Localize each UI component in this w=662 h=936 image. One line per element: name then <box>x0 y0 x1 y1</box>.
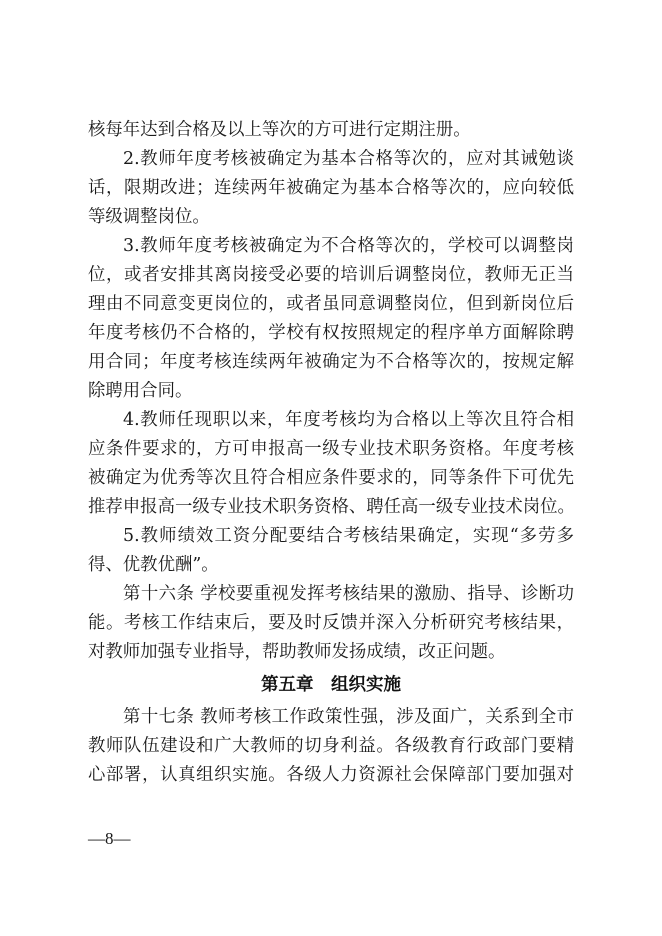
paragraph-line: 教师队伍建设和广大教师的切身利益。各级教育行政部门要精 <box>88 732 574 761</box>
paragraph-line: 应条件要求的，方可申报高一级专业技术职务资格。年度考核 <box>88 435 574 464</box>
paragraph-line: 话，限期改进；连续两年被确定为基本合格等次的，应向较低 <box>88 174 574 203</box>
paragraph-line: 第十六条 学校要重视发挥考核结果的激励、指导、诊断功 <box>88 580 574 609</box>
page-number: —8— <box>88 829 131 849</box>
chapter-heading: 第五章 组织实施 <box>88 667 574 703</box>
document-page-body: 核每年达到合格及以上等次的方可进行定期注册。 2.教师年度考核被确定为基本合格等… <box>88 116 574 790</box>
paragraph-line: 推荐申报高一级专业技术职务资格、聘任高一级专业技术岗位。 <box>88 493 574 522</box>
paragraph-line: 用合同；年度考核连续两年被确定为不合格等次的，按规定解 <box>88 348 574 377</box>
paragraph-line: 5.教师绩效工资分配要结合考核结果确定，实现“多劳多 <box>88 522 574 551</box>
paragraph-line: 等级调整岗位。 <box>88 203 574 232</box>
paragraph-line: 理由不同意变更岗位的，或者虽同意调整岗位，但到新岗位后 <box>88 290 574 319</box>
paragraph-line: 4.教师任现职以来，年度考核均为合格以上等次且符合相 <box>88 406 574 435</box>
paragraph-line: 位，或者安排其离岗接受必要的培训后调整岗位，教师无正当 <box>88 261 574 290</box>
paragraph-line: 年度考核仍不合格的，学校有权按照规定的程序单方面解除聘 <box>88 319 574 348</box>
paragraph-line: 对教师加强专业指导，帮助教师发扬成绩，改正问题。 <box>88 638 574 667</box>
paragraph-line: 心部署，认真组织实施。各级人力资源社会保障部门要加强对 <box>88 761 574 790</box>
paragraph-line: 核每年达到合格及以上等次的方可进行定期注册。 <box>88 116 574 145</box>
paragraph-line: 除聘用合同。 <box>88 377 574 406</box>
paragraph-line: 能。考核工作结束后，要及时反馈并深入分析研究考核结果， <box>88 609 574 638</box>
paragraph-line: 被确定为优秀等次且符合相应条件要求的，同等条件下可优先 <box>88 464 574 493</box>
paragraph-line: 得、优教优酬”。 <box>88 551 574 580</box>
paragraph-line: 第十七条 教师考核工作政策性强，涉及面广，关系到全市 <box>88 703 574 732</box>
paragraph-line: 3.教师年度考核被确定为不合格等次的，学校可以调整岗 <box>88 232 574 261</box>
paragraph-line: 2.教师年度考核被确定为基本合格等次的，应对其诫勉谈 <box>88 145 574 174</box>
